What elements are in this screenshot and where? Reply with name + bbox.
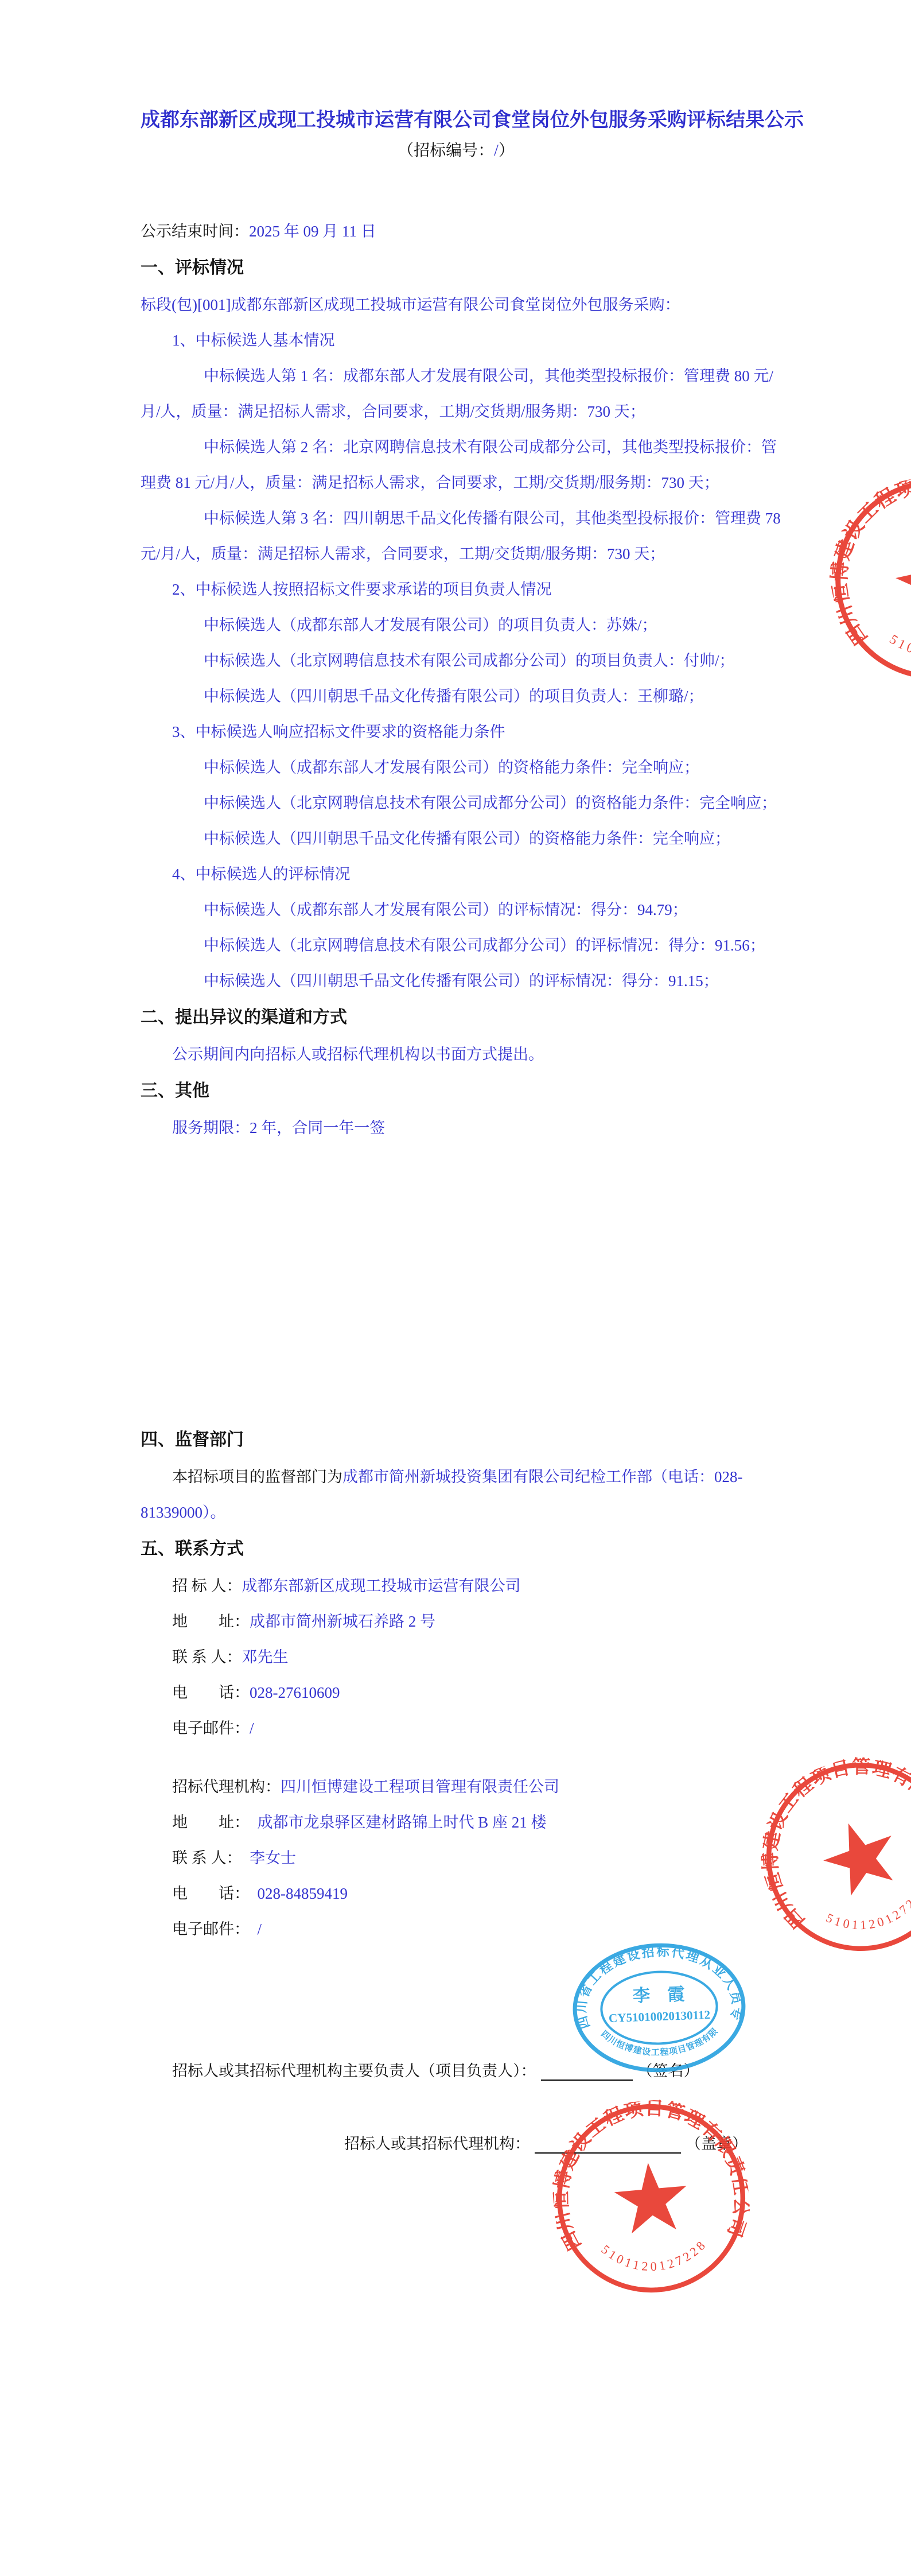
qualification-candidate-2: 中标候选人（北京网聘信息技术有限公司成都分公司）的资格能力条件：完全响应；	[141, 785, 772, 821]
publicity-end-time: 公示结束时间：2025 年 09 月 11 日	[141, 214, 772, 249]
seal-code-arc: 5101120127228	[885, 610, 911, 671]
candidate-1-line-1: 中标候选人第 1 名：成都东部人才发展有限公司，其他类型投标报价：管理费 80 …	[141, 358, 772, 394]
qualification-candidate-3: 中标候选人（四川朝思千品文化传播有限公司）的资格能力条件：完全响应；	[141, 821, 772, 856]
tenderer-address: 地 址：成都市简州新城石养路 2 号	[141, 1604, 772, 1639]
agency-address: 地 址： 成都市龙泉驿区建材路锦上时代 B 座 21 楼	[141, 1805, 772, 1840]
candidate-3-line-2: 元/月/人，质量：满足招标人需求，合同要求，工期/交货期/服务期：730 天；	[141, 536, 772, 572]
score-candidate-1: 中标候选人（成都东部人才发展有限公司）的评标情况：得分：94.79；	[141, 892, 772, 928]
candidate-3-line-1: 中标候选人第 3 名：四川朝思千品文化传播有限公司，其他类型投标报价：管理费 7…	[141, 501, 772, 536]
section-3-heading: 三、其他	[141, 1072, 772, 1110]
supervision-dept-line-2: 81339000）。	[141, 1495, 772, 1530]
blue-seal-person-name: 李 霞	[632, 1984, 685, 2005]
agency-name: 招标代理机构：四川恒博建设工程项目管理有限责任公司	[141, 1769, 772, 1805]
sub-1-heading: 1、中标候选人基本情况	[141, 323, 772, 358]
tenderer-contact: 联 系 人：邓先生	[141, 1639, 772, 1675]
section-1-heading: 一、评标情况	[141, 249, 772, 287]
doc-subtitle-tender-no: （招标编号：/）	[141, 137, 772, 165]
star-icon	[612, 2160, 690, 2234]
supervision-dept-line-1: 本招标项目的监督部门为成都市简州新城投资集团有限公司纪检工作部（电话：028-	[141, 1459, 772, 1495]
objection-channel: 公示期间内向招标人或招标代理机构以书面方式提出。	[141, 1037, 772, 1072]
pm-candidate-2: 中标候选人（北京网聘信息技术有限公司成都分公司）的项目负责人：付帅/；	[141, 643, 772, 678]
tenderer-phone: 电 话：028-27610609	[141, 1675, 772, 1710]
svg-text:5101120127228: 5101120127228	[820, 1876, 911, 1947]
section-4-heading: 四、监督部门	[141, 1421, 772, 1459]
section-2-heading: 二、提出异议的渠道和方式	[141, 999, 772, 1037]
agency-company-red-seal: 四川恒博建设工程项目管理有限责任公司 5101120127228	[546, 2093, 757, 2304]
lot-title: 标段(包)[001]成都东部新区成现工投城市运营有限公司食堂岗位外包服务采购：	[141, 287, 772, 323]
svg-text:5101120127228: 5101120127228	[885, 610, 911, 671]
announcement-page: 成都东部新区成现工投城市运营有限公司食堂岗位外包服务采购评标结果公示（招标编号：…	[0, 0, 911, 2576]
candidate-2-line-1: 中标候选人第 2 名：北京网聘信息技术有限公司成都分公司，其他类型投标报价：管	[141, 429, 772, 465]
sub-2-heading: 2、中标候选人按照招标文件要求承诺的项目负责人情况	[141, 572, 772, 607]
blank-gap-medium	[141, 1746, 772, 1769]
score-candidate-2: 中标候选人（北京网聘信息技术有限公司成都分公司）的评标情况：得分：91.56；	[141, 928, 772, 963]
star-icon	[815, 1811, 906, 1900]
blank-gap-large	[141, 1146, 772, 1421]
tenderer-name: 招 标 人：成都东部新区成现工投城市运营有限公司	[141, 1568, 772, 1604]
score-candidate-3: 中标候选人（四川朝思千品文化传播有限公司）的评标情况：得分：91.15；	[141, 963, 772, 999]
candidate-2-line-2: 理费 81 元/月/人，质量：满足招标人需求，合同要求，工期/交货期/服务期：7…	[141, 465, 772, 501]
sub-3-heading: 3、中标候选人响应招标文件要求的资格能力条件	[141, 714, 772, 750]
star-icon	[890, 535, 911, 622]
section-5-heading: 五、联系方式	[141, 1530, 772, 1568]
agency-phone: 电 话： 028-84859419	[141, 1876, 772, 1911]
blue-seal-code: CY51010020130112	[609, 2008, 711, 2025]
candidate-1-line-2: 月/人，质量：满足招标人需求，合同要求，工期/交货期/服务期：730 天；	[141, 394, 772, 429]
doc-title: 成都东部新区成现工投城市运营有限公司食堂岗位外包服务采购评标结果公示	[141, 104, 772, 137]
seal-code-arc: 5101120127228	[820, 1876, 911, 1947]
svg-text:5101120127228: 5101120127228	[598, 2233, 712, 2279]
agent-person-blue-seal: 四川省工程建设招标代理从业人员专用章 李 霞 CY51010020130112 …	[564, 1935, 754, 2080]
seal-code-arc: 5101120127228	[598, 2233, 712, 2279]
pm-candidate-3: 中标候选人（四川朝思千品文化传播有限公司）的项目负责人：王柳璐/；	[141, 678, 772, 714]
service-term: 服务期限：2 年，合同一年一签	[141, 1110, 772, 1146]
agency-contact: 联 系 人： 李女士	[141, 1840, 772, 1876]
sub-4-heading: 4、中标候选人的评标情况	[141, 856, 772, 892]
pm-candidate-1: 中标候选人（成都东部人才发展有限公司）的项目负责人：苏姝/；	[141, 607, 772, 643]
qualification-candidate-1: 中标候选人（成都东部人才发展有限公司）的资格能力条件：完全响应；	[141, 750, 772, 785]
tenderer-email: 电子邮件：/	[141, 1710, 772, 1746]
